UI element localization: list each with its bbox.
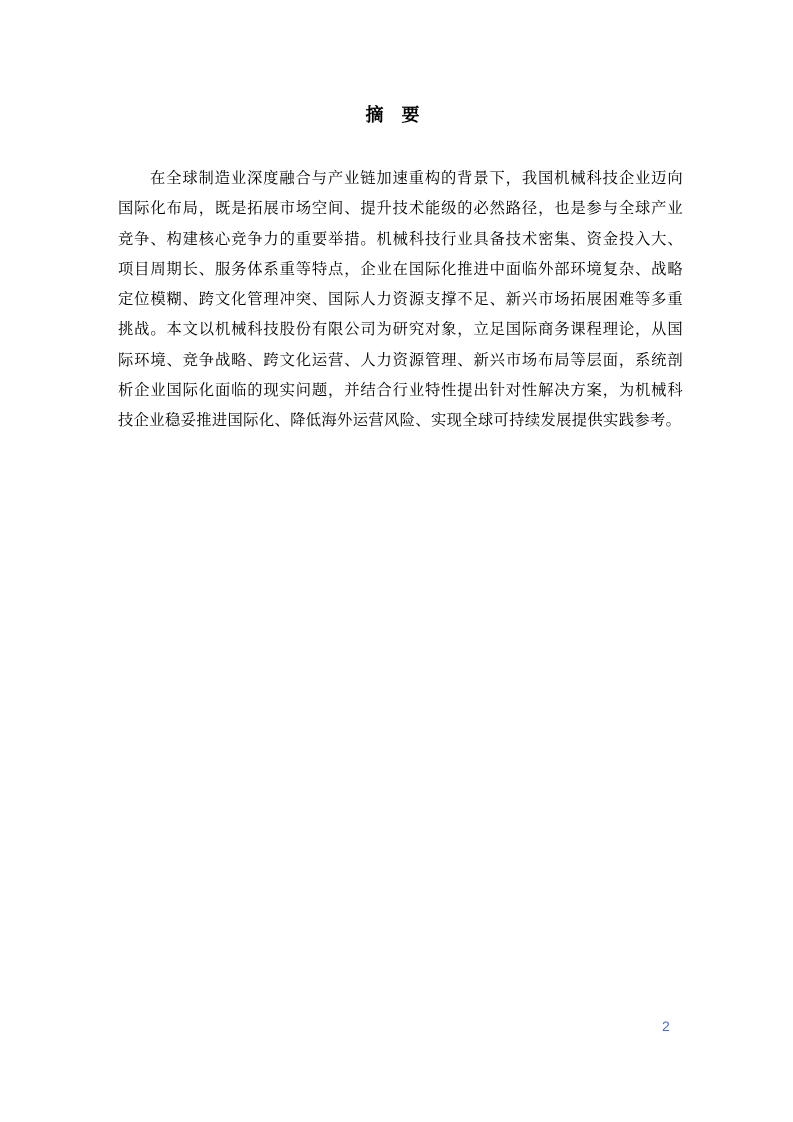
abstract-line: 挑战。本文以机械科技股份有限公司为研究对象，立足国际商务课程理论，从国 [118,314,683,344]
abstract-line: 定位模糊、跨文化管理冲突、国际人力资源支撑不足、新兴市场拓展困难等多重 [118,284,683,314]
abstract-line: 在全球制造业深度融合与产业链加速重构的背景下，我国机械科技企业迈向 [118,163,683,193]
page-number: 2 [662,1018,670,1034]
abstract-line: 技企业稳妥推进国际化、降低海外运营风险、实现全球可持续发展提供实践参考。 [118,405,683,435]
abstract-title: 摘要 [0,103,793,129]
abstract-body: 在全球制造业深度融合与产业链加速重构的背景下，我国机械科技企业迈向 国际化布局，… [118,163,683,436]
abstract-line: 国际化布局，既是拓展市场空间、提升技术能级的必然路径，也是参与全球产业 [118,193,683,223]
document-page: 摘要 在全球制造业深度融合与产业链加速重构的背景下，我国机械科技企业迈向 国际化… [0,0,793,1122]
abstract-line: 项目周期长、服务体系重等特点，企业在国际化推进中面临外部环境复杂、战略 [118,254,683,284]
abstract-line: 竞争、构建核心竞争力的重要举措。机械科技行业具备技术密集、资金投入大、 [118,224,683,254]
abstract-line: 际环境、竞争战略、跨文化运营、人力资源管理、新兴市场布局等层面，系统剖 [118,345,683,375]
abstract-line: 析企业国际化面临的现实问题，并结合行业特性提出针对性解决方案，为机械科 [118,375,683,405]
